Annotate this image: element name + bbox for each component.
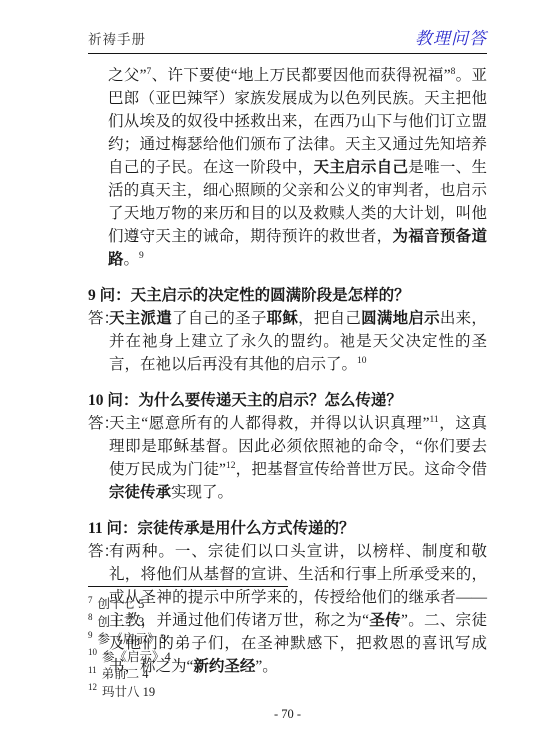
page-number: - 70 - xyxy=(274,707,301,721)
footnote-number: 11 xyxy=(88,665,97,675)
footnote-number: 10 xyxy=(88,647,97,657)
answer-label: 答： xyxy=(88,412,119,435)
page-header: 祈祷手册 教理问答 xyxy=(88,24,487,49)
question-text: 为什么要传递天主的启示？怎么传递？ xyxy=(138,392,402,409)
answer-paragraph: 答：天主“愿意所有的人都得救，并得以认识真理”11，这真理即是耶稣基督。因此必须… xyxy=(88,412,487,504)
footnote-separator xyxy=(88,586,288,587)
question-line: 9 问：天主启示的决定性的圆满阶段是怎样的？ xyxy=(88,284,487,307)
footnote-item: 7创十七 5 xyxy=(88,596,487,614)
qa-block-10: 10 问：为什么要传递天主的启示？怎么传递？ 答：天主“愿意所有的人都得救，并得… xyxy=(88,389,487,504)
header-section-title: 教理问答 xyxy=(415,24,487,49)
intro-paragraph: 之父”7、许下要使“地上万民都要因他而获得祝福”8。亚巴郎（亚巴辣罕）家族发展成… xyxy=(88,64,487,271)
footnote-item: 10参《启示》4 xyxy=(88,649,487,667)
footnote-number: 9 xyxy=(88,630,93,640)
footnote-number: 12 xyxy=(88,682,97,692)
footnote-item: 9参《启示》3 xyxy=(88,631,487,649)
qa-block-9: 9 问：天主启示的决定性的圆满阶段是怎样的？ 答：天主派遣了自己的圣子耶稣，把自… xyxy=(88,284,487,376)
answer-paragraph: 答：天主派遣了自己的圣子耶稣，把自己圆满地启示出来，并在祂身上建立了永久的盟约。… xyxy=(88,307,487,376)
header-rule xyxy=(88,53,487,54)
answer-text: 天主派遣了自己的圣子耶稣，把自己圆满地启示出来，并在祂身上建立了永久的盟约。祂是… xyxy=(109,310,487,373)
question-number: 9 问： xyxy=(88,287,131,304)
question-number: 11 问： xyxy=(88,520,138,537)
footnote-text: 弟前二 4 xyxy=(102,667,149,681)
footnote-number: 8 xyxy=(88,612,93,622)
answer-text: 天主“愿意所有的人都得救，并得以认识真理”11，这真理即是耶稣基督。因此必须依照… xyxy=(109,415,487,501)
footnote-text: 玛廿八 19 xyxy=(102,685,155,699)
footnote-text: 创十七 5 xyxy=(98,597,145,611)
question-line: 11 问：宗徒传承是用什么方式传递的？ xyxy=(88,517,487,540)
question-number: 10 问： xyxy=(88,392,138,409)
answer-label: 答： xyxy=(88,540,119,563)
footnote-text: 参《启示》3 xyxy=(98,632,167,646)
footnote-number: 7 xyxy=(88,595,93,605)
footnote-text: 创十二 3 xyxy=(98,615,145,629)
answer-label: 答： xyxy=(88,307,119,330)
footnote-item: 12玛廿八 19 xyxy=(88,684,487,702)
question-line: 10 问：为什么要传递天主的启示？怎么传递？ xyxy=(88,389,487,412)
footnote-text: 参《启示》4 xyxy=(102,650,171,664)
footnotes-section: 7创十七 5 8创十二 3 9参《启示》3 10参《启示》4 11弟前二 4 1… xyxy=(88,586,487,701)
question-text: 宗徒传承是用什么方式传递的？ xyxy=(138,520,355,537)
question-text: 天主启示的决定性的圆满阶段是怎样的？ xyxy=(131,287,410,304)
header-book-title: 祈祷手册 xyxy=(88,28,146,48)
footnote-item: 11弟前二 4 xyxy=(88,666,487,684)
footnote-item: 8创十二 3 xyxy=(88,614,487,632)
document-page: 祈祷手册 教理问答 之父”7、许下要使“地上万民都要因他而获得祝福”8。亚巴郎（… xyxy=(0,0,555,743)
page-footer: - 70 - xyxy=(88,707,487,722)
